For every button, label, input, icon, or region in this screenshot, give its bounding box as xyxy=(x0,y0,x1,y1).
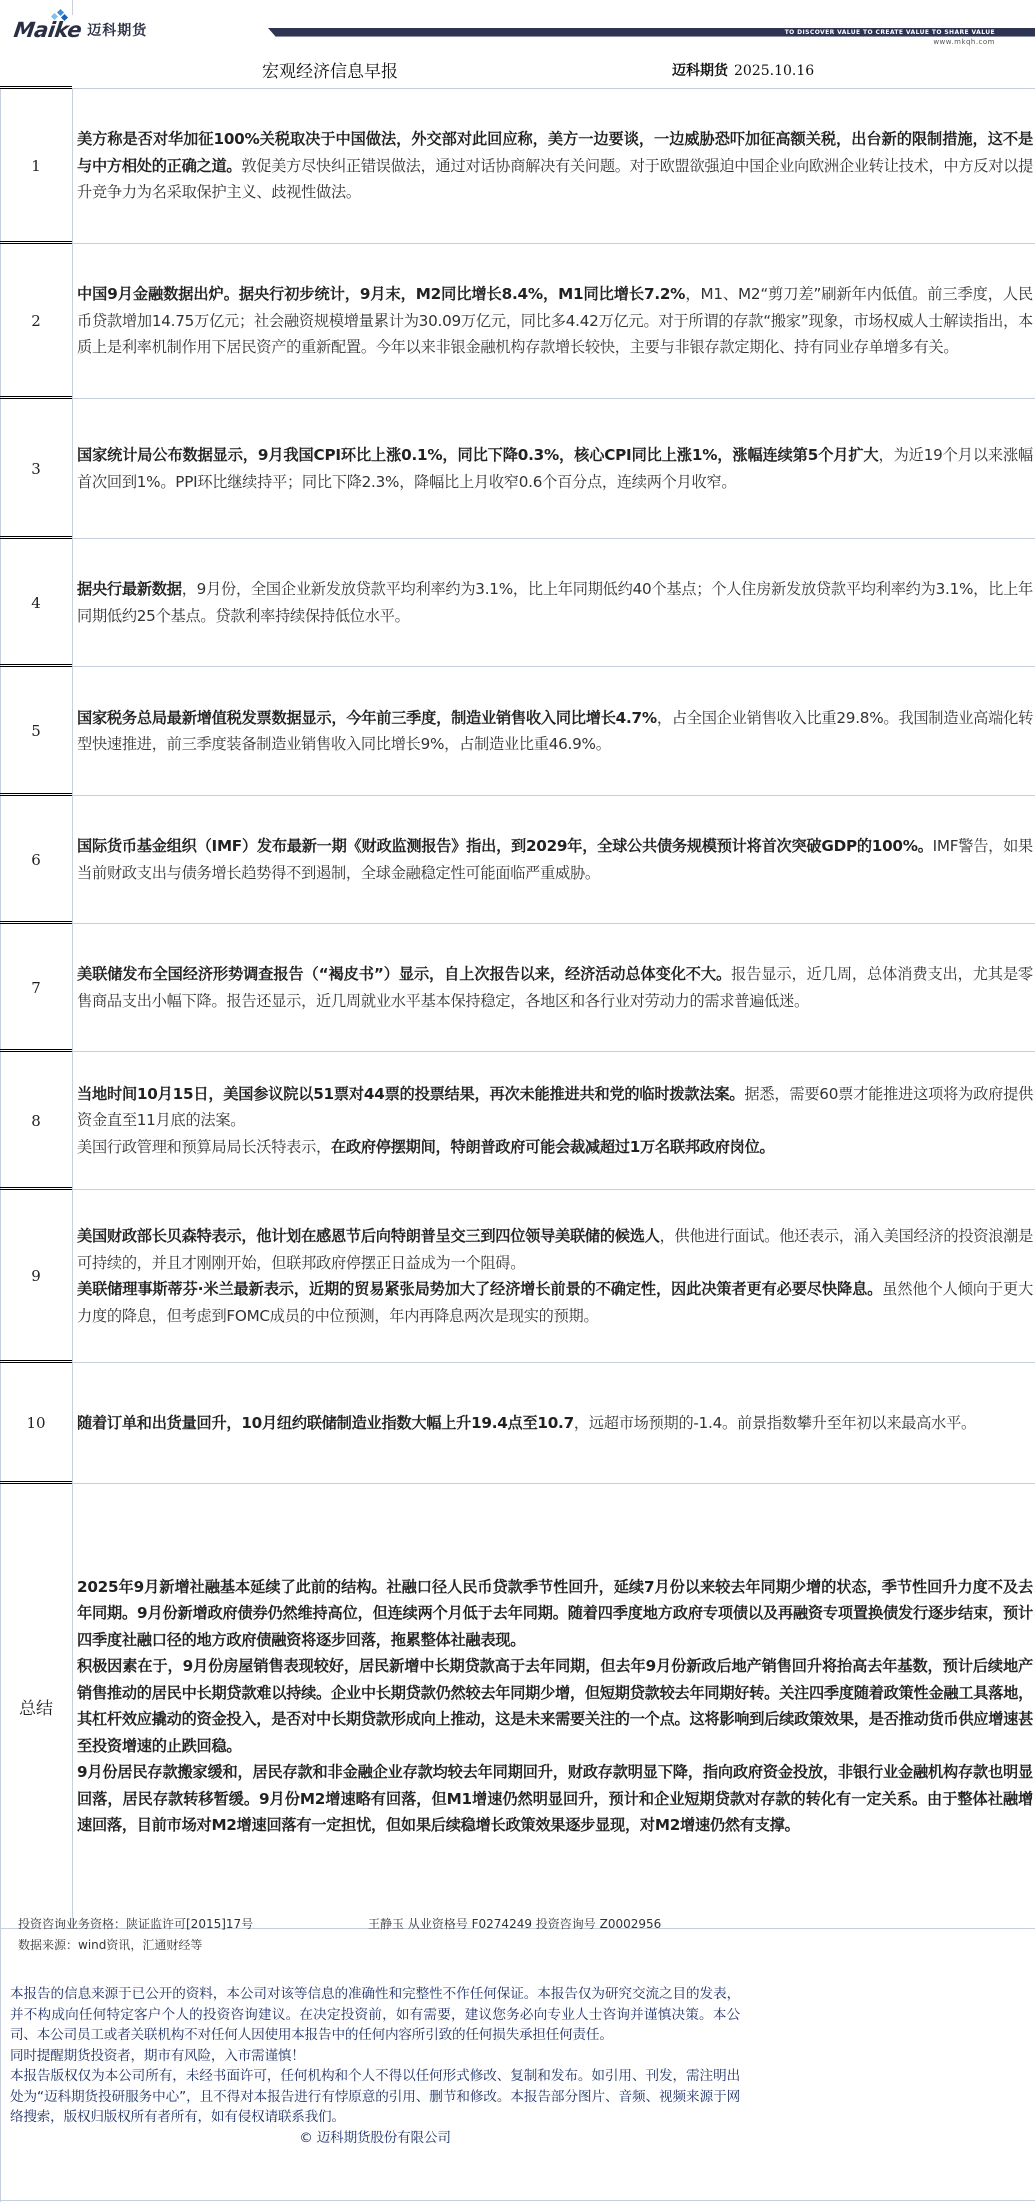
news-content: 中国9月金融数据出炉。据央行初步统计，9月末，M2同比增长8.4%，M1同比增长… xyxy=(73,244,1035,398)
report-meta: 迈科期货2025.10.16 xyxy=(672,60,814,80)
news-row-8: 8 当地时间10月15日，美国参议院以51票对44票的投票结果，再次未能推进共和… xyxy=(0,1051,1035,1189)
news-content: 当地时间10月15日，美国参议院以51票对44票的投票结果，再次未能推进共和党的… xyxy=(73,1052,1035,1189)
row-number: 2 xyxy=(0,244,73,398)
disclaimer: 本报告的信息来源于已公开的资料，本公司对该等信息的准确性和完整性不作任何保证。本… xyxy=(10,1984,740,2148)
news-headline: 美联储发布全国经济形势调查报告（“褐皮书”）显示，自上次报告以来，经济活动总体变… xyxy=(77,965,731,983)
news-headline: 美国财政部长贝森特表示，他计划在感恩节后向特朗普呈交三到四位领导美联储的候选人 xyxy=(77,1227,660,1245)
news-content: 美方称是否对华加征100%关税取决于中国做法，外交部对此回应称，美方一边要谈，一… xyxy=(73,89,1035,243)
row-number: 9 xyxy=(0,1190,73,1362)
company-logo: Maike 迈科期货 xyxy=(14,18,147,42)
summary-paragraph: 2025年9月新增社融基本延续了此前的结构。社融口径人民币贷款季节性回升，延续7… xyxy=(77,1574,1033,1654)
news-headline: 国家统计局公布数据显示，9月我国CPI环比上涨0.1%，同比下降0.3%，核心C… xyxy=(77,446,879,464)
row-number: 6 xyxy=(0,796,73,923)
news-content: 随着订单和出货量回升，10月纽约联储制造业指数大幅上升19.4点至10.7，远超… xyxy=(73,1363,1035,1483)
news-row-4: 4 据央行最新数据，9月份，全国企业新发放贷款平均利率约为3.1%，比上年同期低… xyxy=(0,538,1035,666)
news-body: 美国行政管理和预算局局长沃特表示， xyxy=(77,1138,331,1156)
news-row-6: 6 国际货币基金组织（IMF）发布最新一期《财政监测报告》指出，到2029年，全… xyxy=(0,795,1035,923)
row-number: 7 xyxy=(0,924,73,1051)
news-body: ，9月份，全国企业新发放贷款平均利率约为3.1%，比上年同期低约40个基点；个人… xyxy=(77,580,1033,625)
report-date: 2025.10.16 xyxy=(734,63,814,79)
news-table: 1 美方称是否对华加征100%关税取决于中国做法，外交部对此回应称，美方一边要谈… xyxy=(0,88,1035,1929)
news-content: 国家税务总局最新增值税发票数据显示，今年前三季度，制造业销售收入同比增长4.7%… xyxy=(73,667,1035,795)
title-row: 宏观经济信息早报 迈科期货2025.10.16 xyxy=(0,55,1035,88)
summary-paragraph: 9月份居民存款搬家缓和，居民存款和非金融企业存款均较去年同期回升，财政存款明显下… xyxy=(77,1759,1033,1839)
page-bottom-border xyxy=(0,2200,1035,2201)
news-headline: 中国9月金融数据出炉。据央行初步统计，9月末，M2同比增长8.4%，M1同比增长… xyxy=(77,285,685,303)
news-headline: 当地时间10月15日，美国参议院以51票对44票的投票结果，再次未能推进共和党的… xyxy=(77,1085,744,1103)
news-row-9: 9 美国财政部长贝森特表示，他计划在感恩节后向特朗普呈交三到四位领导美联储的候选… xyxy=(0,1189,1035,1362)
news-content: 据央行最新数据，9月份，全国企业新发放贷款平均利率约为3.1%，比上年同期低约4… xyxy=(73,539,1035,666)
news-headline: 美联储理事斯蒂芬·米兰最新表示，近期的贸易紧张局势加大了经济增长前景的不确定性，… xyxy=(77,1280,882,1298)
news-row-2: 2 中国9月金融数据出炉。据央行初步统计，9月末，M2同比增长8.4%，M1同比… xyxy=(0,243,1035,398)
qualification: 投资咨询业务资格：陕证监许可[2015]17号 xyxy=(18,1914,253,1935)
row-number: 1 xyxy=(0,89,73,243)
news-content: 国际货币基金组织（IMF）发布最新一期《财政监测报告》指出，到2029年，全球公… xyxy=(73,796,1035,923)
publisher: 迈科期货 xyxy=(672,63,728,79)
logo-chinese-name: 迈科期货 xyxy=(87,20,147,40)
news-row-10: 10 随着订单和出货量回升，10月纽约联储制造业指数大幅上升19.4点至10.7… xyxy=(0,1362,1035,1483)
news-row-1: 1 美方称是否对华加征100%关税取决于中国做法，外交部对此回应称，美方一边要谈… xyxy=(0,88,1035,243)
news-headline: 随着订单和出货量回升，10月纽约联储制造业指数大幅上升19.4点至10.7 xyxy=(77,1414,574,1432)
news-content: 国家统计局公布数据显示，9月我国CPI环比上涨0.1%，同比下降0.3%，核心C… xyxy=(73,399,1035,538)
row-number: 8 xyxy=(0,1052,73,1189)
row-number: 4 xyxy=(0,539,73,666)
disclaimer-paragraph: 本报告的信息来源于已公开的资料，本公司对该等信息的准确性和完整性不作任何保证。本… xyxy=(10,1984,740,2046)
logo-wordmark: Maike xyxy=(12,18,83,42)
report-title: 宏观经济信息早报 xyxy=(262,57,398,82)
row-number: 10 xyxy=(0,1363,73,1483)
row-number: 3 xyxy=(0,399,73,538)
summary-row: 总结 2025年9月新增社融基本延续了此前的结构。社融口径人民币贷款季节性回升，… xyxy=(0,1483,1035,1928)
data-source: 数据来源：wind资讯，汇通财经等 xyxy=(18,1935,253,1956)
news-headline: 国际货币基金组织（IMF）发布最新一期《财政监测报告》指出，到2029年，全球公… xyxy=(77,837,933,855)
report-header: Maike 迈科期货 TO DISCOVER VALUE TO CREATE V… xyxy=(0,0,1035,88)
news-content: 美国财政部长贝森特表示，他计划在感恩节后向特朗普呈交三到四位领导美联储的候选人，… xyxy=(73,1190,1035,1362)
news-headline: 据央行最新数据 xyxy=(77,580,182,598)
company-tagline: TO DISCOVER VALUE TO CREATE VALUE TO SHA… xyxy=(785,28,995,37)
copyright: © 迈科期货股份有限公司 xyxy=(10,2128,740,2149)
news-row-3: 3 国家统计局公布数据显示，9月我国CPI环比上涨0.1%，同比下降0.3%，核… xyxy=(0,398,1035,538)
news-headline: 在政府停摆期间，特朗普政府可能会裁减超过1万名联邦政府岗位。 xyxy=(331,1138,775,1156)
news-row-7: 7 美联储发布全国经济形势调查报告（“褐皮书”）显示，自上次报告以来，经济活动总… xyxy=(0,923,1035,1051)
summary-paragraph: 积极因素在于，9月份房屋销售表现较好，居民新增中长期贷款高于去年同期，但去年9月… xyxy=(77,1653,1033,1759)
logo-diamond-icon xyxy=(50,10,68,20)
analyst-info: 王静玉 从业资格号 F0274249 投资咨询号 Z0002956 xyxy=(368,1914,661,1935)
summary-label: 总结 xyxy=(0,1484,73,1928)
copyright-notice: 本报告版权仅为本公司所有，未经书面许可，任何机构和个人不得以任何形式修改、复制和… xyxy=(10,2066,740,2128)
news-content: 美联储发布全国经济形势调查报告（“褐皮书”）显示，自上次报告以来，经济活动总体变… xyxy=(73,924,1035,1051)
news-headline: 国家税务总局最新增值税发票数据显示，今年前三季度，制造业销售收入同比增长4.7% xyxy=(77,709,657,727)
news-row-5: 5 国家税务总局最新增值税发票数据显示，今年前三季度，制造业销售收入同比增长4.… xyxy=(0,666,1035,795)
company-website: www.mkqh.com xyxy=(933,38,995,46)
row-number: 5 xyxy=(0,667,73,795)
summary-content: 2025年9月新增社融基本延续了此前的结构。社融口径人民币贷款季节性回升，延续7… xyxy=(73,1484,1035,1928)
risk-warning: 同时提醒期货投资者，期市有风险，入市需谨慎！ xyxy=(10,2046,740,2067)
news-body: ，远超市场预期的-1.4。前景指数攀升至年初以来最高水平。 xyxy=(574,1414,976,1432)
credentials: 投资咨询业务资格：陕证监许可[2015]17号 王静玉 从业资格号 F02742… xyxy=(18,1914,253,1956)
